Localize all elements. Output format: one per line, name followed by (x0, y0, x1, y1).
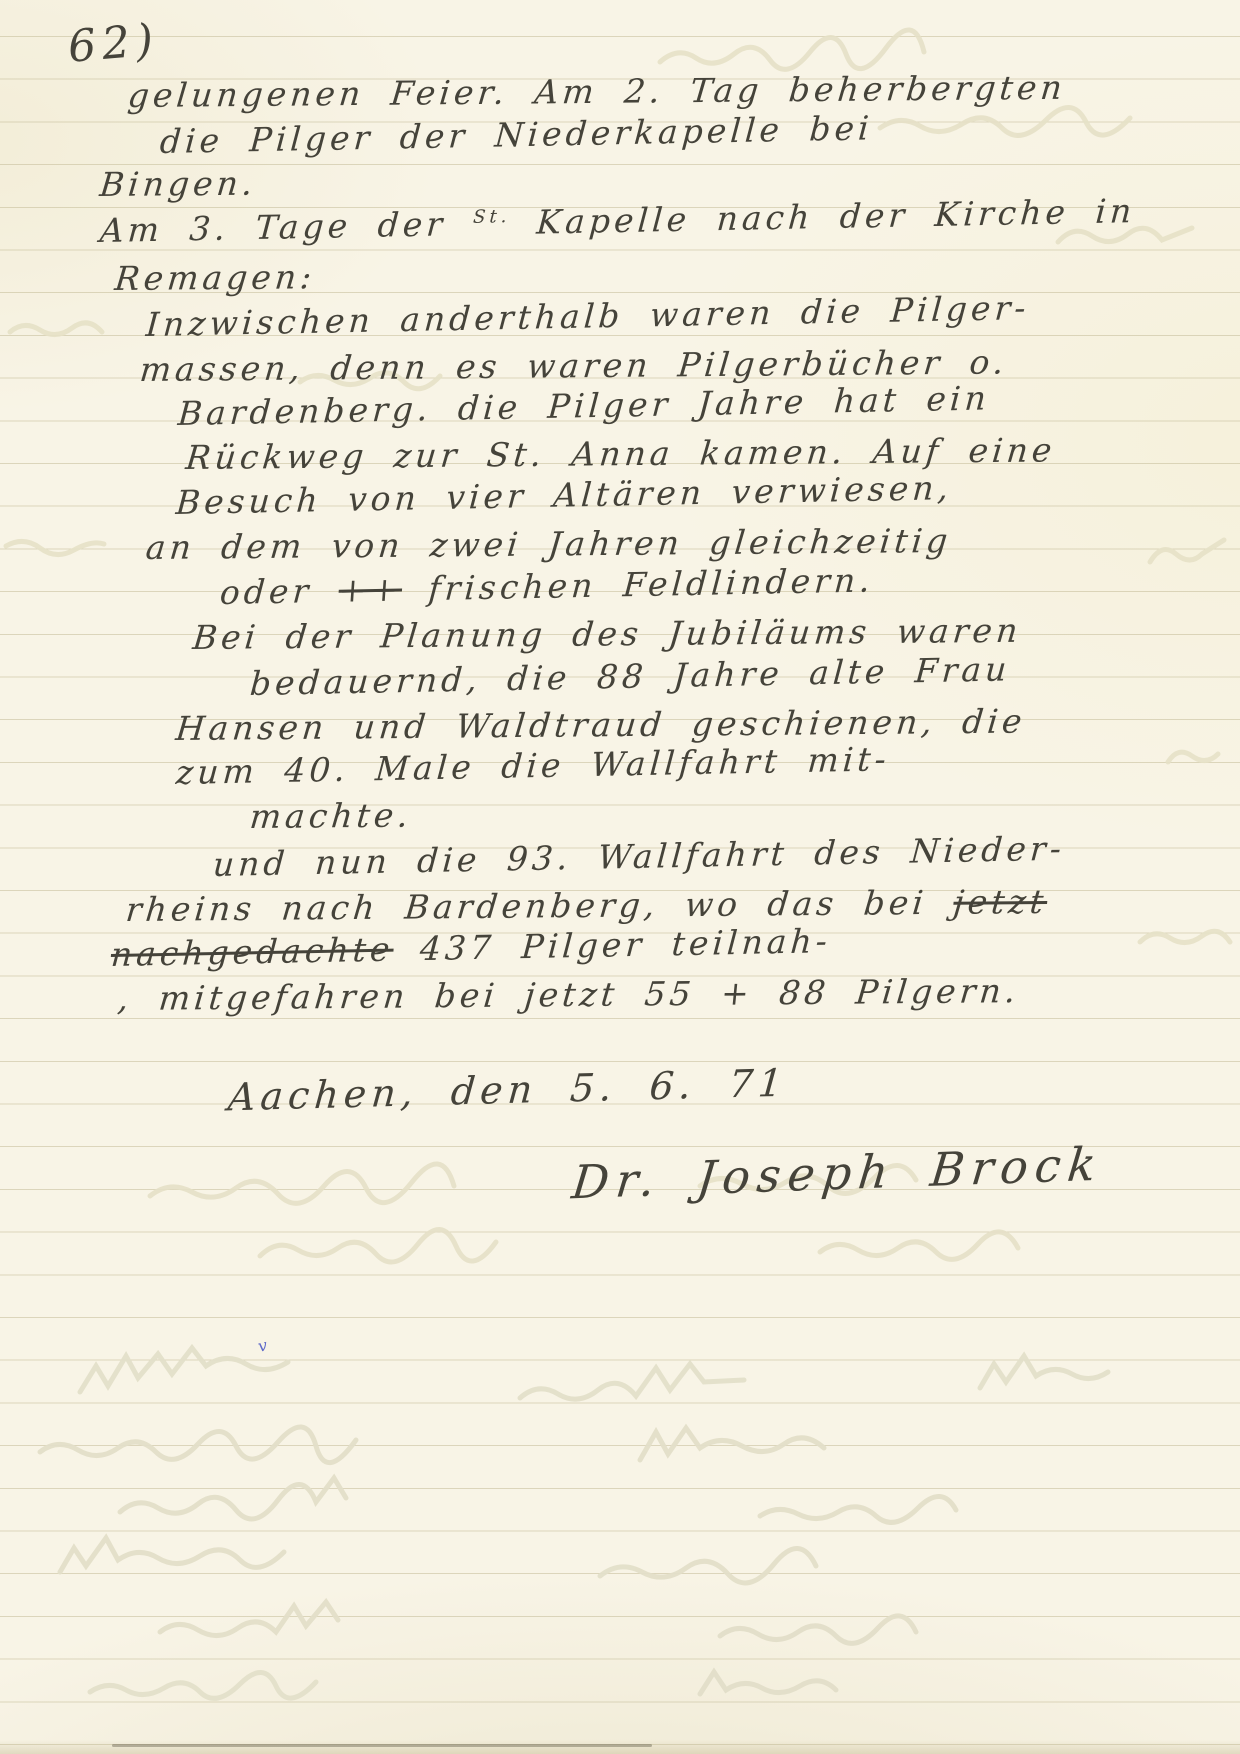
struck-word: jetzt (952, 882, 1049, 922)
handwritten-line: gelungenen Feier. Am 2. Tag beherbergten (126, 68, 1068, 115)
handwritten-text: Bingen. (98, 164, 258, 204)
handwritten-line: Remagen: (113, 257, 317, 298)
handwritten-text: Remagen: (113, 257, 317, 298)
handwritten-line: an dem von zwei Jahren gleichzeitig (144, 521, 953, 567)
handwritten-line: , mitgefahren bei jetzt 55 + 88 Pilgern. (116, 971, 1021, 1018)
handwritten-text: Bei der Planung des Jubiläums waren (191, 611, 1023, 657)
handwritten-text: gelungenen Feier. Am 2. Tag beherbergten (126, 68, 1068, 115)
page-number: 62) (66, 14, 161, 73)
handwritten-text: , mitgefahren bei jetzt 55 + 88 Pilgern. (116, 971, 1021, 1018)
handwritten-text: an dem von zwei Jahren gleichzeitig (144, 521, 953, 567)
handwritten-text: Hansen und Waldtraud geschienen, die (174, 702, 1027, 748)
handwritten-line: Bingen. (98, 164, 258, 204)
handwritten-line: rheins nach Bardenberg, wo das bei jetzt (124, 882, 1049, 929)
handwritten-text: oder (219, 571, 340, 612)
handwritten-text: St. (472, 206, 511, 228)
handwritten-line: Bei der Planung des Jubiläums waren (191, 611, 1023, 657)
handwritten-line: machte. (248, 796, 414, 836)
struck-word: ++ (337, 569, 403, 609)
handwritten-text: machte. (248, 796, 414, 836)
scan-edge-shadow (112, 1744, 652, 1747)
struck-word: nachgedachte (110, 930, 395, 974)
handwritten-text: Am 3. Tage der (99, 204, 474, 250)
notebook-page: 62) gelungenen Feier. Am 2. Tag beherber… (0, 0, 1240, 1754)
handwritten-line: Hansen und Waldtraud geschienen, die (174, 702, 1027, 748)
